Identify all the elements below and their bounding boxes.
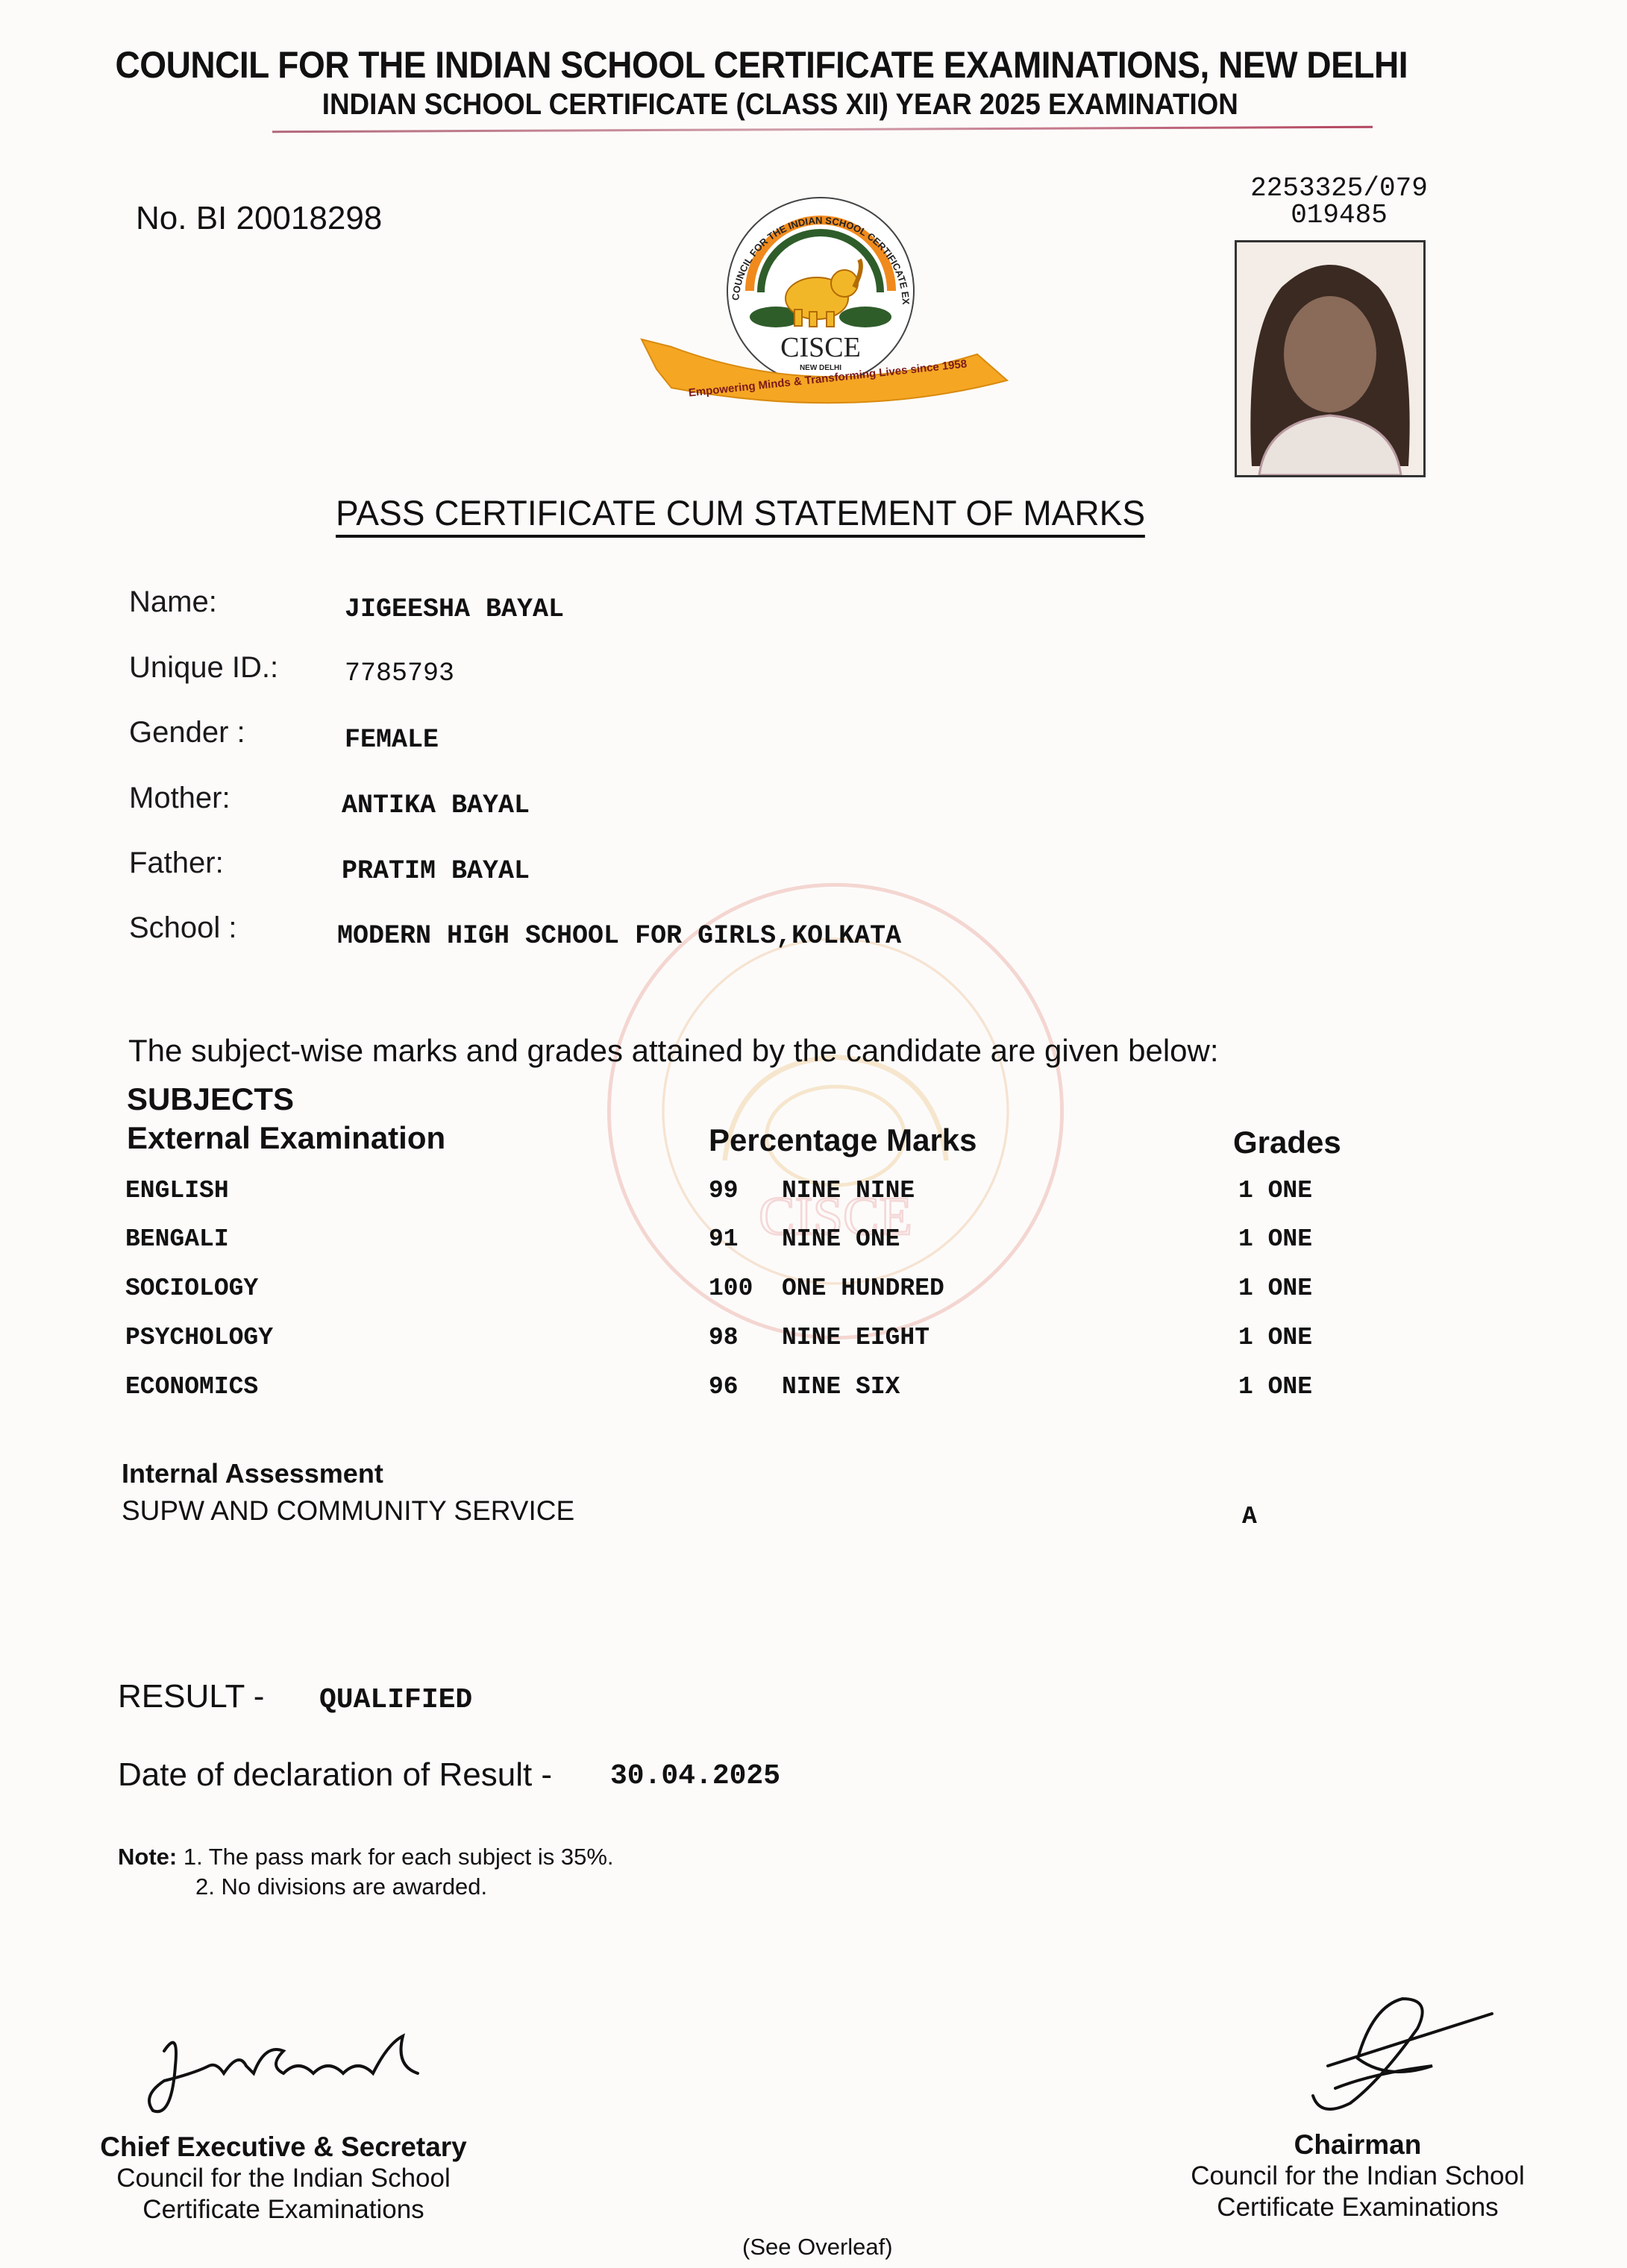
chairman-org-line2: Certificate Examinations	[1164, 2192, 1552, 2223]
external-exam-header: External Examination	[127, 1120, 445, 1156]
council-title: COUNCIL FOR THE INDIAN SCHOOL CERTIFICAT…	[82, 43, 1441, 87]
marks-intro: The subject-wise marks and grades attain…	[128, 1033, 1219, 1069]
secretary-org-line2: Certificate Examinations	[82, 2194, 485, 2225]
mark-in-words: NINE NINE	[782, 1177, 915, 1204]
mother-name: ANTIKA BAYAL	[342, 791, 530, 820]
secretary-role: Chief Executive & Secretary	[82, 2132, 485, 2163]
school-label: School :	[129, 911, 237, 945]
candidate-name: JIGEESHA BAYAL	[345, 594, 564, 624]
name-label: Name:	[129, 585, 217, 619]
subject-name: SOCIOLOGY	[125, 1275, 258, 1302]
mark-in-words: ONE HUNDRED	[782, 1275, 944, 1302]
logo-abbr: CISCE	[780, 332, 861, 363]
note-label: Note:	[118, 1844, 177, 1870]
table-row: BENGALI 91 NINE ONE 1 ONE	[0, 1225, 1627, 1263]
chairman-signatory: Chairman Council for the Indian School C…	[1164, 2129, 1552, 2223]
internal-assessment-grade: A	[1242, 1503, 1257, 1530]
percentage-mark: 98	[709, 1324, 739, 1351]
table-row: SOCIOLOGY 100 ONE HUNDRED 1 ONE	[0, 1275, 1627, 1312]
percentage-mark: 91	[709, 1225, 739, 1253]
unique-id-label: Unique ID.:	[129, 651, 278, 685]
subject-name: ENGLISH	[125, 1177, 229, 1204]
father-name: PRATIM BAYAL	[342, 856, 530, 886]
declaration-date-label: Date of declaration of Result -	[118, 1756, 552, 1794]
subject-name: PSYCHOLOGY	[125, 1324, 273, 1351]
document-title: PASS CERTIFICATE CUM STATEMENT OF MARKS	[336, 492, 1145, 538]
mark-in-words: NINE ONE	[782, 1225, 900, 1253]
internal-assessment-header: Internal Assessment	[122, 1458, 383, 1489]
notes: Note: 1. The pass mark for each subject …	[118, 1842, 614, 1902]
roll-number-line2: 019485	[1216, 202, 1462, 229]
grade: 1 ONE	[1238, 1324, 1312, 1351]
note-item: 1. The pass mark for each subject is 35%…	[184, 1844, 614, 1870]
secretary-org-line1: Council for the Indian School	[82, 2163, 485, 2194]
cisce-logo: COUNCIL FOR THE INDIAN SCHOOL CERTIFICAT…	[627, 164, 1015, 418]
result-value: QUALIFIED	[319, 1684, 472, 1716]
grade: 1 ONE	[1238, 1373, 1312, 1401]
mother-label: Mother:	[129, 782, 231, 815]
see-overleaf: (See Overleaf)	[742, 2234, 893, 2261]
table-row: ENGLISH 99 NINE NINE 1 ONE	[0, 1177, 1627, 1214]
exam-title: INDIAN SCHOOL CERTIFICATE (CLASS XII) YE…	[272, 88, 1288, 122]
secretary-signatory: Chief Executive & Secretary Council for …	[82, 2132, 485, 2225]
secretary-signature	[134, 2021, 433, 2126]
roll-number: 2253325/079 019485	[1216, 175, 1462, 229]
mark-in-words: NINE SIX	[782, 1373, 900, 1401]
grade: 1 ONE	[1238, 1275, 1312, 1302]
title-underline	[272, 126, 1373, 133]
certificate-number: No. BI 20018298	[136, 200, 382, 237]
declaration-date: 30.04.2025	[610, 1760, 780, 1792]
unique-id: 7785793	[345, 659, 454, 688]
candidate-photo	[1235, 240, 1426, 477]
gender: FEMALE	[345, 725, 439, 755]
internal-assessment-subject: SUPW AND COMMUNITY SERVICE	[122, 1495, 574, 1527]
grade: 1 ONE	[1238, 1177, 1312, 1204]
chairman-signature	[1283, 1984, 1522, 2118]
table-row: ECONOMICS 96 NINE SIX 1 ONE	[0, 1373, 1627, 1410]
person-photo-icon	[1237, 242, 1423, 475]
percentage-mark: 100	[709, 1275, 753, 1302]
father-label: Father:	[129, 846, 224, 880]
grades-header: Grades	[1233, 1125, 1341, 1160]
percentage-mark: 99	[709, 1177, 739, 1204]
gender-label: Gender :	[129, 716, 245, 750]
roll-number-line1: 2253325/079	[1216, 175, 1462, 202]
result-label: RESULT -	[118, 1678, 264, 1715]
percentage-marks-header: Percentage Marks	[709, 1122, 977, 1158]
subject-name: BENGALI	[125, 1225, 229, 1253]
note-item: 2. No divisions are awarded.	[118, 1872, 614, 1902]
school-name: MODERN HIGH SCHOOL FOR GIRLS,KOLKATA	[337, 921, 901, 951]
subject-name: ECONOMICS	[125, 1373, 258, 1401]
mark-in-words: NINE EIGHT	[782, 1324, 930, 1351]
subjects-header: SUBJECTS	[127, 1081, 294, 1117]
percentage-mark: 96	[709, 1373, 739, 1401]
table-row: PSYCHOLOGY 98 NINE EIGHT 1 ONE	[0, 1324, 1627, 1361]
chairman-role: Chairman	[1164, 2129, 1552, 2161]
grade: 1 ONE	[1238, 1225, 1312, 1253]
chairman-org-line1: Council for the Indian School	[1164, 2161, 1552, 2192]
